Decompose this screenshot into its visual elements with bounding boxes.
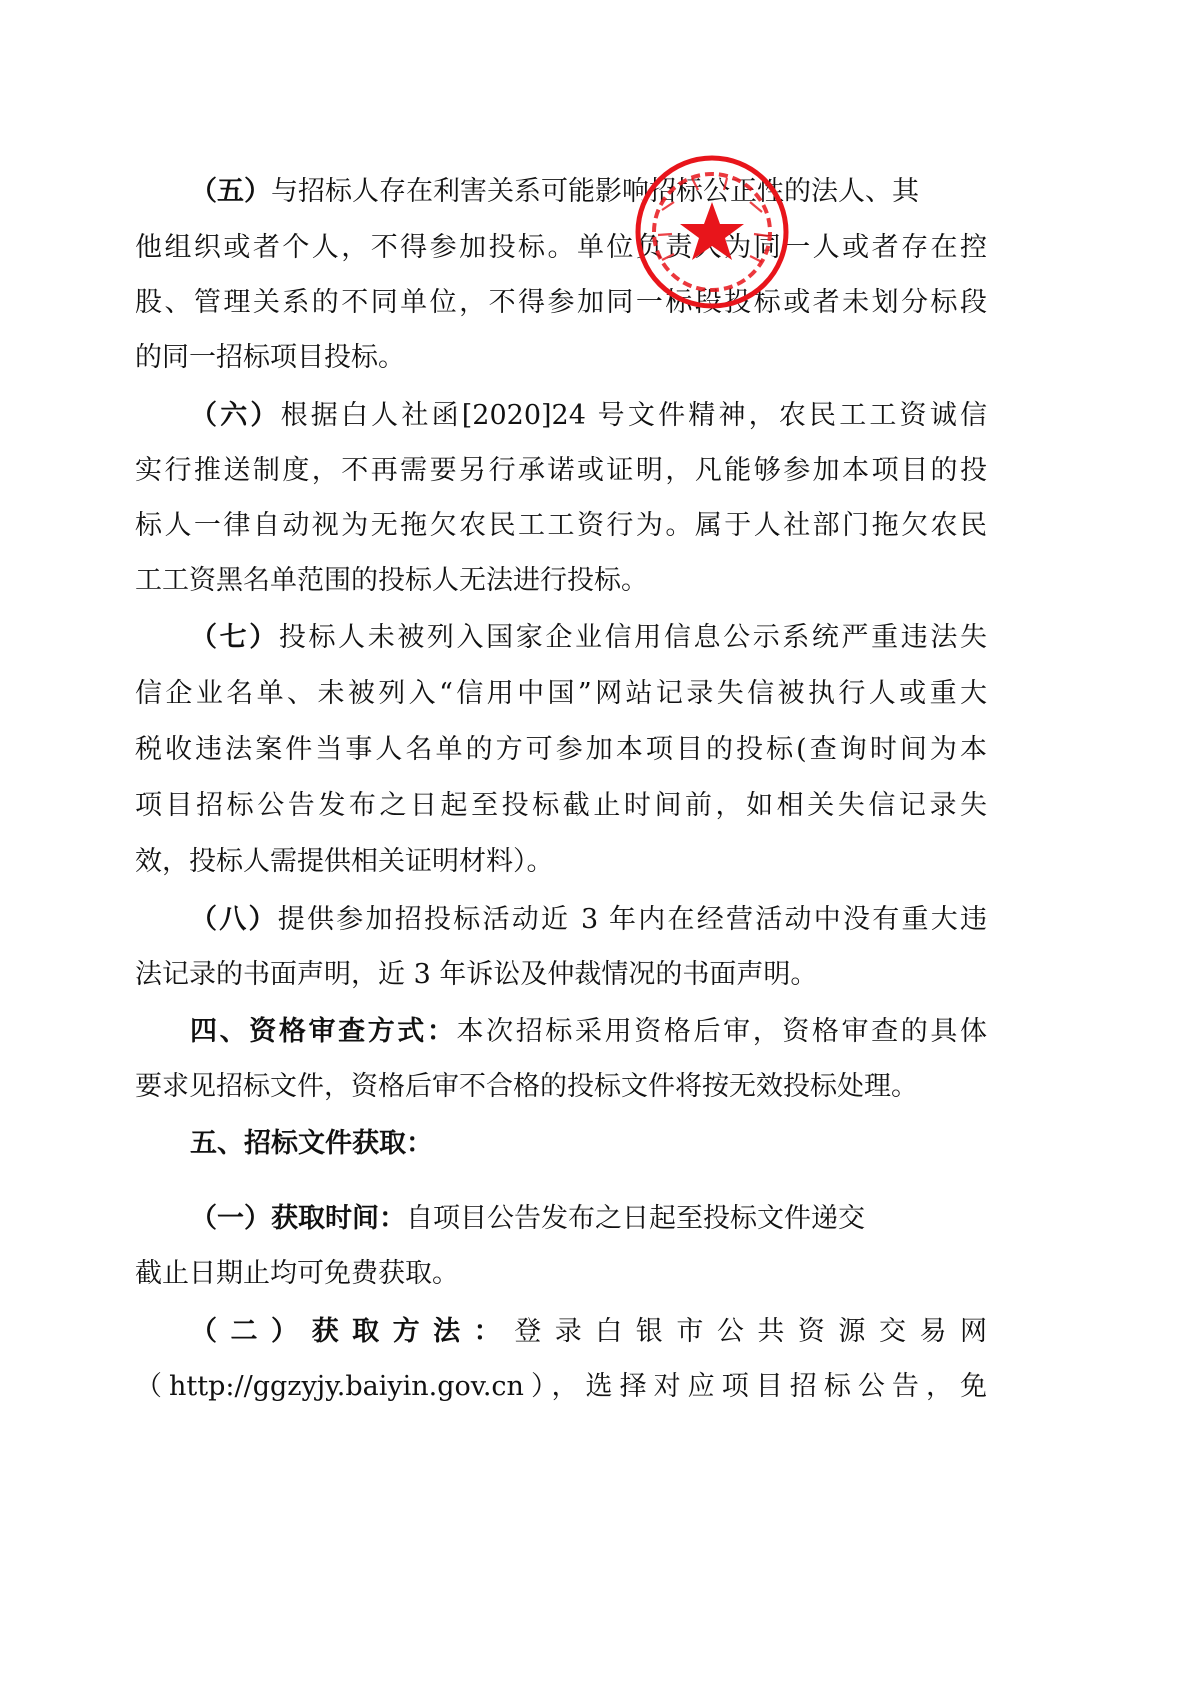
paragraph-8-line-1: （八）提供参加招投标活动近 3 年内在经营活动中没有重大违: [190, 900, 987, 940]
paragraph-7-line-2: 信企业名单、未被列入“信用中国”网站记录失信被执行人或重大: [135, 674, 987, 714]
website-url-text: （http://ggzyjy.baiyin.gov.cn），选择对应项目招标公告…: [135, 1371, 987, 1402]
section-heading: 五、招标文件获取：: [190, 1128, 433, 1159]
section-5-heading: 五、招标文件获取：: [190, 1124, 987, 1164]
section-5-2-line-2: （http://ggzyjy.baiyin.gov.cn），选择对应项目招标公告…: [135, 1367, 987, 1407]
item-label: （二）获取方法：: [190, 1316, 514, 1347]
paragraph-6-line-4: 工工资黑名单范围的投标人无法进行投标。: [135, 561, 987, 601]
section-5-1-line-2: 截止日期止均可免费获取。: [135, 1254, 987, 1294]
paragraph-7-line-3: 税收违法案件当事人名单的方可参加本项目的投标(查询时间为本: [135, 730, 987, 770]
section-4-line-2: 要求见招标文件，资格后审不合格的投标文件将按无效投标处理。: [135, 1067, 987, 1107]
paragraph-6-line-3: 标人一律自动视为无拖欠农民工工资行为。属于人社部门拖欠农民: [135, 506, 987, 546]
section-5-1-line-1: （一）获取时间：自项目公告发布之日起至投标文件递交: [190, 1199, 987, 1239]
document-page: （五）与招标人存在利害关系可能影响招标公正性的法人、其 他组织或者个人，不得参加…: [0, 0, 1191, 1684]
item-label: （八）: [190, 904, 278, 935]
paragraph-6-line-1: （六）根据白人社函[2020]24 号文件精神，农民工工资诚信: [190, 396, 987, 436]
paragraph-5-line-1: （五）与招标人存在利害关系可能影响招标公正性的法人、其: [190, 172, 987, 212]
item-label: （五）: [190, 176, 271, 207]
paragraph-7-line-4: 项目招标公告发布之日起至投标截止时间前，如相关失信记录失: [135, 786, 987, 826]
section-4-line-1: 四、资格审查方式：本次招标采用资格后审，资格审查的具体: [190, 1012, 987, 1052]
item-label: （七）: [190, 622, 279, 653]
paragraph-7-line-1: （七）投标人未被列入国家企业信用信息公示系统严重违法失: [190, 618, 987, 658]
item-label: （六）: [190, 400, 281, 431]
paragraph-5-line-4: 的同一招标项目投标。: [135, 338, 987, 378]
paragraph-6-line-2: 实行推送制度，不再需要另行承诺或证明，凡能够参加本项目的投: [135, 451, 987, 491]
section-heading: 四、资格审查方式：: [190, 1016, 457, 1047]
paragraph-5-line-3: 股、管理关系的不同单位，不得参加同一标段投标或者未划分标段: [135, 283, 987, 323]
item-label: （一）获取时间：: [190, 1203, 406, 1234]
paragraph-7-line-5: 效，投标人需提供相关证明材料）。: [135, 842, 987, 882]
section-5-2-line-1: （二）获取方法：登录白银市公共资源交易网: [190, 1312, 987, 1352]
paragraph-5-line-2: 他组织或者个人，不得参加投标。单位负责人为同一人或者存在控: [135, 228, 987, 268]
paragraph-8-line-2: 法记录的书面声明，近 3 年诉讼及仲裁情况的书面声明。: [135, 955, 987, 995]
